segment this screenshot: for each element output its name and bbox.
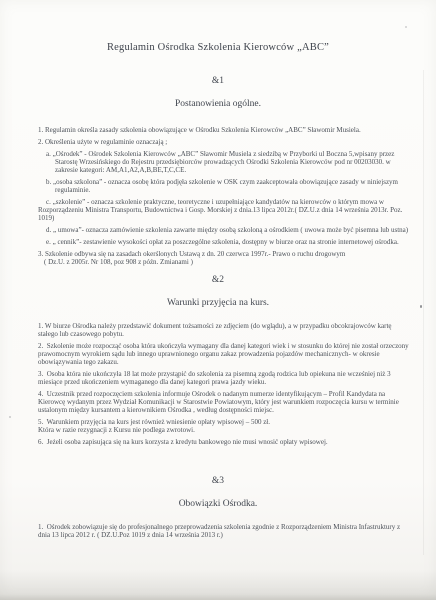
scanned-document-page: Regulamin Ośrodka Szkolenia Kierowców „A… [0,0,436,600]
paragraph: 1. Regulamin określa zasady szkolenia ob… [38,126,410,134]
section-number: &2 [0,275,436,285]
scan-speck [405,26,407,28]
paragraph: 2. Szkolenie może rozpocząć osoba która … [38,342,410,366]
document-title: Regulamin Ośrodka Szkolenia Kierowców „A… [0,0,436,53]
paragraph: 4. Uczestnik przed rozpoczęciem szkoleni… [38,390,410,414]
section-heading: Obowiązki Ośrodka. [0,499,436,509]
scan-speck [9,416,11,418]
paragraph: 3. Szkolenie odbywa się na zasadach oker… [38,250,410,258]
scan-speck [420,305,422,308]
paragraph: 1. Ośrodek zobowiązuje się do profesjona… [38,523,410,539]
paragraph: 5. Warunkiem przyjęcia na kurs jest równ… [38,418,410,426]
section-paragraphs: 1. Ośrodek zobowiązuje się do profesjona… [38,523,410,539]
paragraph: 6. Jeżeli osoba zapisująca się na kurs k… [38,438,410,446]
scan-edge-artifact [423,70,424,555]
paragraph: b. „osoba szkolona” - oznacza osobę któr… [38,178,410,194]
paragraph: ( Dz.U. z 2005r. Nr 108, poz 908 z późn.… [38,258,410,266]
paragraph: c. „szkolenie” - oznacza szkolenie prakt… [38,198,410,222]
paragraph: 1. W biurze Ośrodka należy przedstawić d… [38,322,410,338]
section-paragraphs: 1. Regulamin określa zasady szkolenia ob… [38,126,410,266]
section-paragraphs: 1. W biurze Ośrodka należy przedstawić d… [38,322,410,446]
document-section: &1Postanowienia ogólne.1. Regulamin okre… [0,76,436,266]
section-heading: Warunki przyjęcia na kurs. [0,298,436,308]
document-section: &2Warunki przyjęcia na kurs.1. W biurze … [0,275,436,446]
paragraph: a. „Ośrodek” - Ośrodek Szkolenia Kierowc… [38,150,410,174]
document-sections: &1Postanowienia ogólne.1. Regulamin okre… [0,76,436,539]
paragraph: 3. Osoba która nie ukończyła 18 lat może… [38,370,410,386]
paragraph: e. „ cennik”- zestawienie wysokości opła… [38,238,410,246]
paragraph: 2. Określenia użyte w regulaminie oznacz… [38,138,410,146]
section-number: &1 [0,76,436,86]
paragraph: d. „ umowa”- oznacza zamówienie szkoleni… [38,226,410,234]
section-heading: Postanowienia ogólne. [0,99,436,109]
paragraph: Która w razie rezygnacji z Kursu nie pod… [38,426,410,434]
section-number: &3 [0,476,436,486]
document-section: &3Obowiązki Ośrodka.1. Ośrodek zobowiązu… [0,476,436,539]
